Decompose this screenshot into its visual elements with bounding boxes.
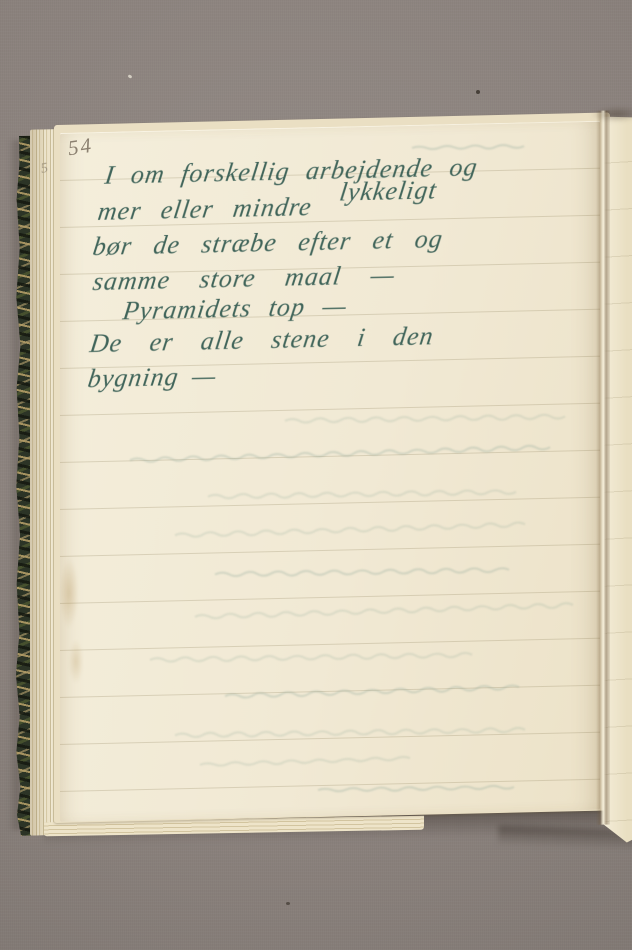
handwriting-line: samme store maal — (91, 260, 397, 297)
gutter-corner-shadow (590, 106, 632, 133)
handwriting-line: Pyramidets top — (121, 291, 349, 326)
felt-speck (286, 902, 290, 905)
gutter-crease (596, 110, 610, 824)
felt-speck (128, 74, 133, 79)
raised-word: lykkeligt (338, 175, 439, 206)
photo-scene: 5 54 I om forskellig arbejdende og mer e… (0, 0, 632, 950)
handwriting-line: bør de stræbe efter et og (91, 224, 445, 262)
handwriting-line: De er alle stene i den (88, 321, 436, 359)
notebook-page: 54 I om forskellig arbejdende og mer ell… (60, 121, 600, 822)
foxing-stain (66, 631, 86, 691)
foxing-stain (56, 545, 82, 641)
felt-speck (476, 90, 480, 94)
handwriting-line: mer eller mindrelykkeligt (96, 190, 411, 227)
page-number: 54 (67, 133, 95, 161)
notebook: 5 54 I om forskellig arbejdende og mer e… (14, 111, 632, 866)
handwriting-line: bygning — (86, 361, 219, 394)
